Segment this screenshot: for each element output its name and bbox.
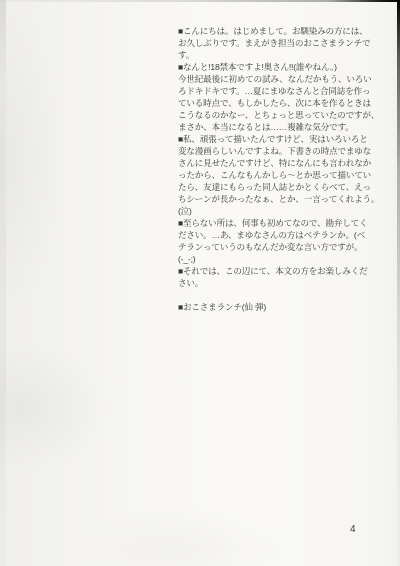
text-line: 今世紀最後に初めての試み、なんだかもう、いろい	[178, 73, 376, 85]
text-line: ■私、頑張って描いたんですけど、実はいろいろと	[178, 133, 376, 145]
text-line: ださい。…あ、まゆなさんの方はベテランか。(ベ	[178, 229, 376, 241]
paragraph-greeting: ■こんにちは。はじめまして。お馴染みの方には、 お久しぶりです。まえがき担当のお…	[178, 25, 376, 61]
page-number: 4	[350, 524, 356, 535]
text-line: (泣)	[178, 205, 376, 217]
text-line: まさか、本当になるとは……複雑な気分です。	[178, 121, 376, 133]
text-line: ■こんにちは。はじめまして。お馴染みの方には、	[178, 25, 376, 37]
text-line: ■至らない所は、何事も初めてなので、勘弁してく	[178, 217, 376, 229]
scan-artifact-top-edge	[0, 0, 400, 2]
text-line: たら、友達にもらった同人誌とかとくらべて、えっ	[178, 181, 376, 193]
text-line: テランっていうのもなんだか変な言い方ですが。	[178, 241, 376, 253]
text-line: ったから、こんなもんかしら〜とか思って描いてい	[178, 169, 376, 181]
author-signature: ■おこさまランチ(仙 弾)	[178, 301, 376, 313]
scan-artifact-left-smudge	[0, 0, 6, 566]
text-line: こうなるのかなー、とちょっと思っていたのですが、	[178, 109, 376, 121]
text-line: さい。	[178, 277, 376, 289]
text-line: ている時点で、もしかしたら、次に本を作るときは	[178, 97, 376, 109]
text-line: す。	[178, 49, 376, 61]
paragraph-drawing-story: ■私、頑張って描いたんですけど、実はいろいろと 変な漫画らしいんですよね。下書き…	[178, 133, 376, 217]
text-line: ろドキドキです。…夏にまゆなさんと合同誌を作っ	[178, 85, 376, 97]
paragraph-announcement: ■なんと!18禁本ですよ!奥さん!!(誰やねん。) 今世紀最後に初めての試み、な…	[178, 61, 376, 133]
foreword-text-block: ■こんにちは。はじめまして。お馴染みの方には、 お久しぶりです。まえがき担当のお…	[178, 25, 376, 313]
text-line: (-_-;)	[178, 253, 376, 265]
paragraph-closing: ■それでは、この辺にて、本文の方をお楽しみくだ さい。	[178, 265, 376, 289]
scanned-document-page: ■こんにちは。はじめまして。お馴染みの方には、 お久しぶりです。まえがき担当のお…	[0, 0, 400, 566]
paragraph-apology: ■至らない所は、何事も初めてなので、勘弁してく ださい。…あ、まゆなさんの方はベ…	[178, 217, 376, 265]
text-line: お久しぶりです。まえがき担当のおこさまランチで	[178, 37, 376, 49]
text-line: ちシーンが長かったなぁ、とか、一言ってくれよう。	[178, 193, 376, 205]
text-line: ■それでは、この辺にて、本文の方をお楽しみくだ	[178, 265, 376, 277]
text-line: 変な漫画らしいんですよね。下書きの時点でまゆな	[178, 145, 376, 157]
text-line: ■なんと!18禁本ですよ!奥さん!!(誰やねん。)	[178, 61, 376, 73]
text-line: さんに見せたんですけど、特になんにも言われなか	[178, 157, 376, 169]
